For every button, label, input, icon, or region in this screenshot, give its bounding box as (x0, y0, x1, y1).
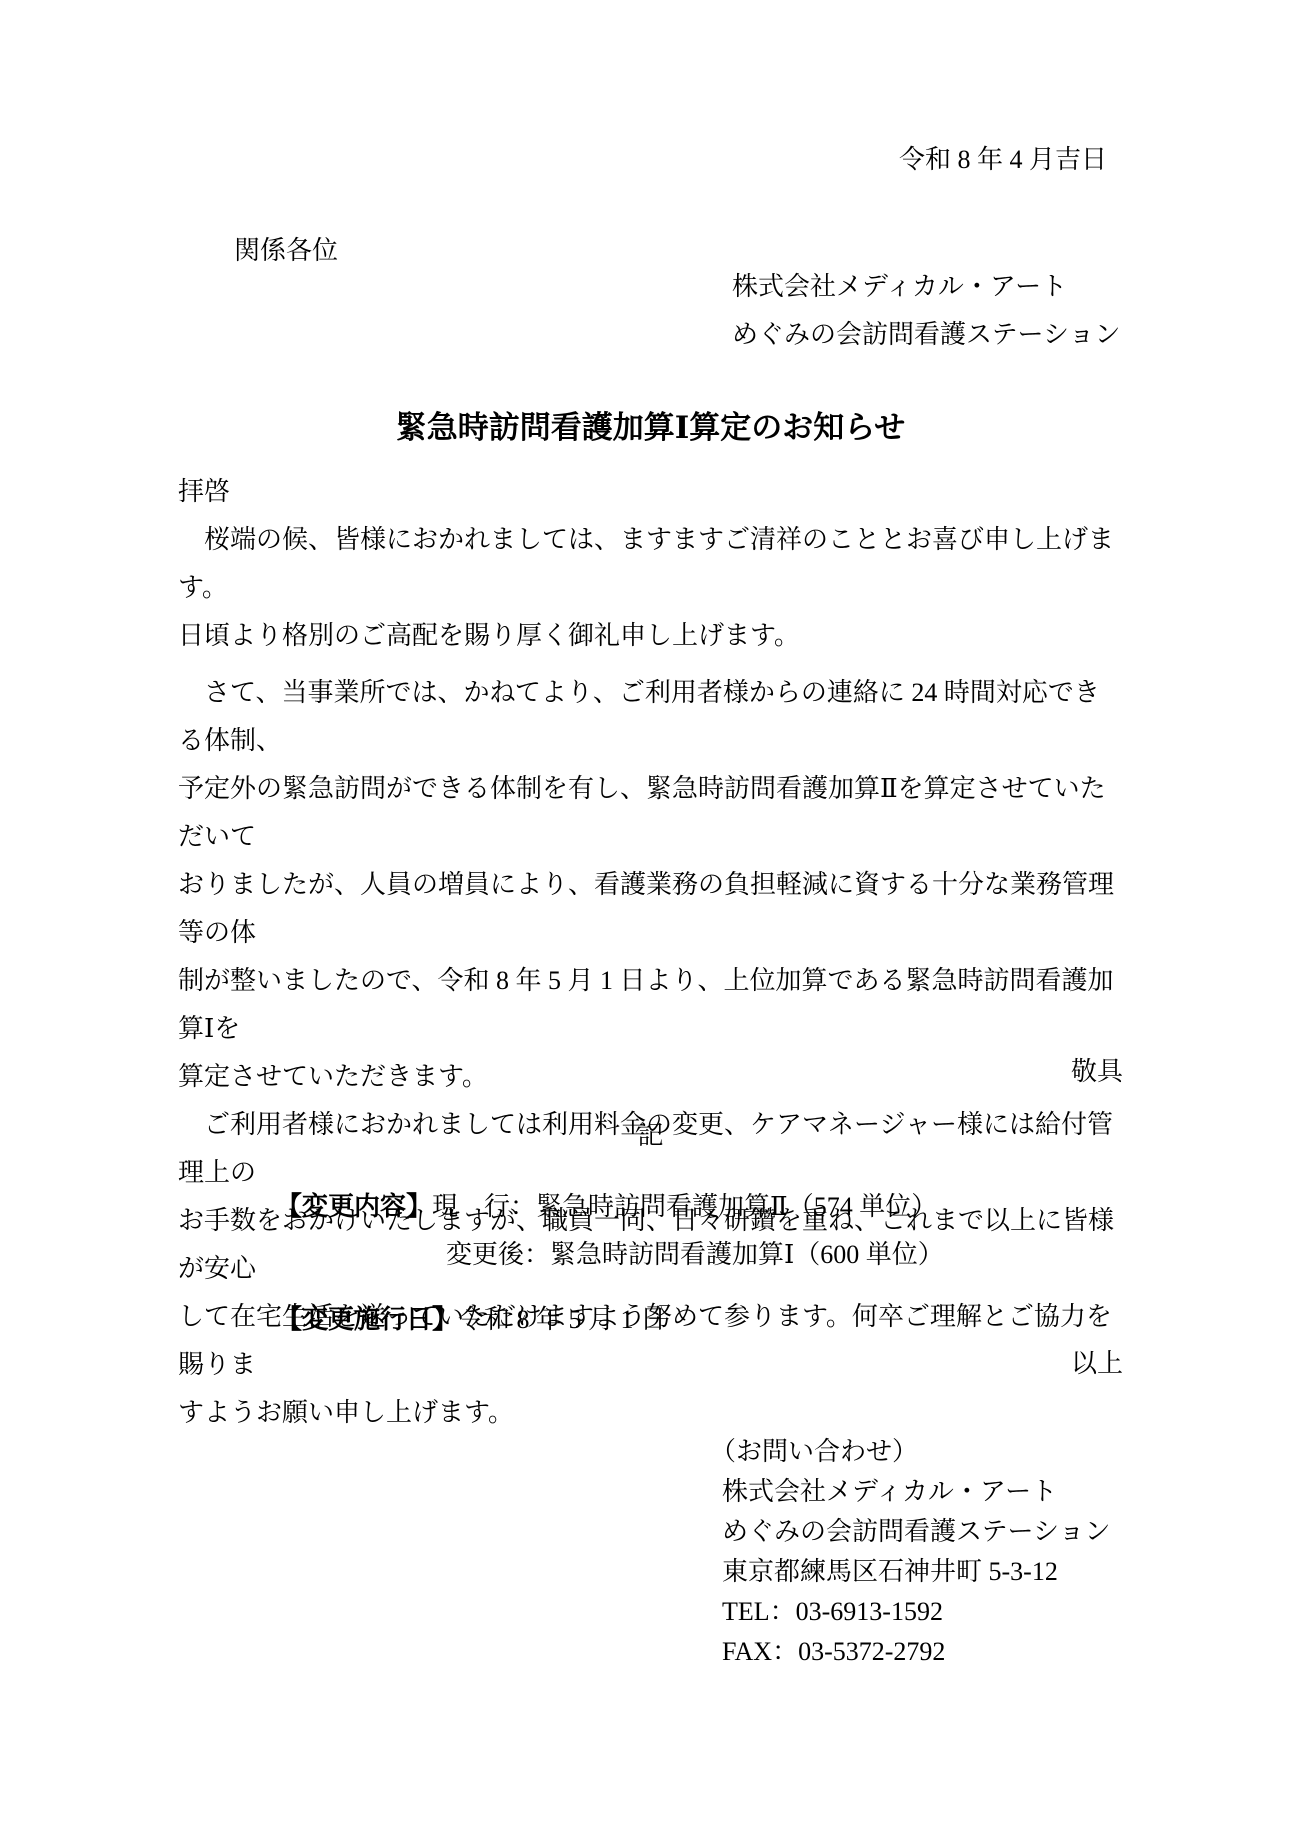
document-title: 緊急時訪問看護加算Ⅰ算定のお知らせ (178, 404, 1123, 452)
effective-date-line: 【変更施行日】令和 8 年 5 月 1 日 (276, 1296, 666, 1343)
effective-date-label: 【変更施行日】 (276, 1305, 458, 1334)
sender-company: 株式会社メディカル・アート (732, 263, 1120, 311)
salutation: 拝啓 (178, 468, 230, 515)
document-date: 令和 8 年 4 月吉日 (899, 136, 1107, 183)
notation-marker: 記 (178, 1112, 1123, 1159)
contact-heading: （お問い合わせ） (710, 1432, 1110, 1472)
change-content-line: 【変更内容】現 行：緊急時訪問看護加算Ⅱ（574 単位） (276, 1183, 937, 1230)
body-paragraph-1: 桜端の候、皆様におかれましては、ますますご清祥のこととお喜び申し上げます。 日頃… (178, 516, 1125, 660)
contact-lines: 株式会社メディカル・アート めぐみの会訪問看護ステーション 東京都練馬区石神井町… (722, 1472, 1110, 1672)
closing-word: 敬具 (1071, 1048, 1123, 1095)
body-paragraph-2: さて、当事業所では、かねてより、ご利用者様からの連絡に 24 時間対応できる体制… (178, 669, 1125, 1101)
change-current-value: 現 行：緊急時訪問看護加算Ⅱ（574 単位） (432, 1192, 937, 1221)
sender-office: めぐみの会訪問看護ステーション (732, 311, 1120, 359)
effective-date-value: 令和 8 年 5 月 1 日 (458, 1305, 666, 1334)
change-content-label: 【変更内容】 (276, 1192, 432, 1221)
end-marker: 以上 (1071, 1340, 1123, 1387)
recipient-line: 関係各位 (234, 227, 338, 274)
document-page: 令和 8 年 4 月吉日 関係各位 株式会社メディカル・アート めぐみの会訪問看… (0, 0, 1292, 1824)
sender-block: 株式会社メディカル・アート めぐみの会訪問看護ステーション (732, 263, 1120, 359)
change-after-line: 変更後：緊急時訪問看護加算Ⅰ（600 単位） (446, 1231, 944, 1278)
contact-block: （お問い合わせ） 株式会社メディカル・アート めぐみの会訪問看護ステーション 東… (710, 1432, 1110, 1672)
